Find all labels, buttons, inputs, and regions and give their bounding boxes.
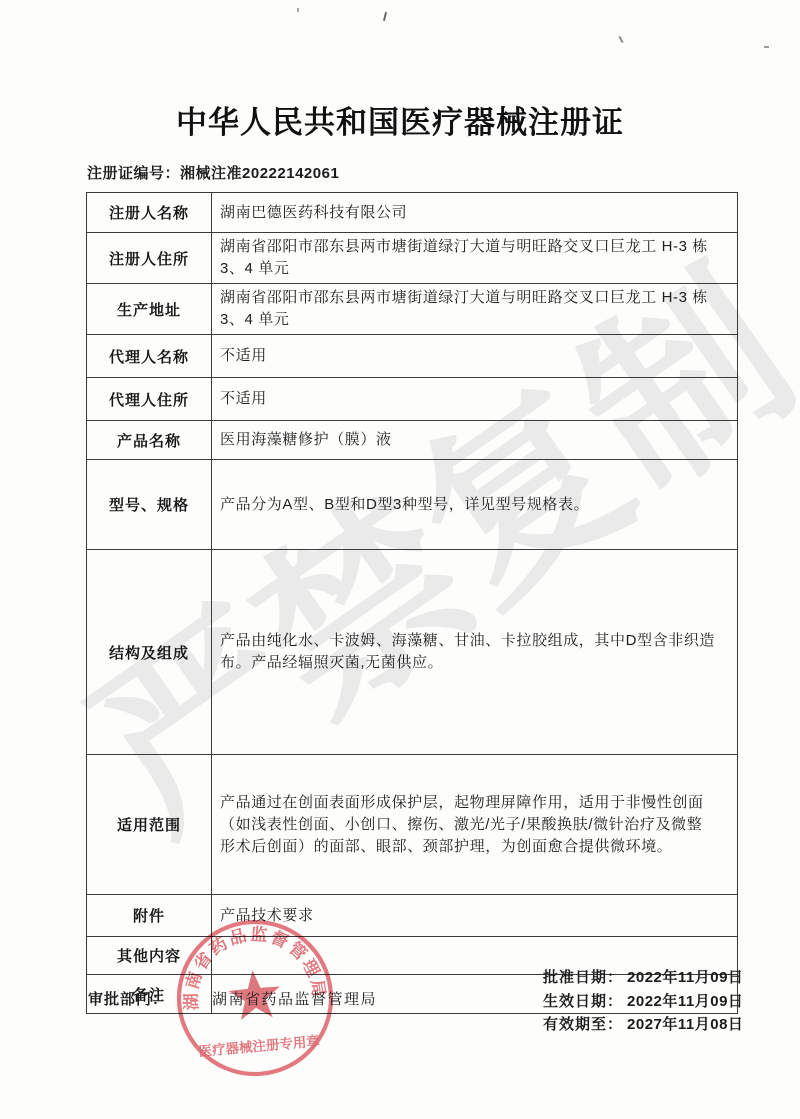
effective-date-value: 2022年11月09日 [627,993,743,1010]
certificate-page: 严禁复制 中华人民共和国医疗器械注册证 注册证编号：湘械注准2022214206… [0,0,800,1119]
approval-department-value: 湖南省药品监督管理局 [212,991,377,1008]
table-row: 代理人住所 不适用 [87,378,738,421]
table-row: 适用范围 产品通过在创面表面形成保护层，起物理屏障作用，适用于非慢性创面 （如浅… [87,755,738,895]
field-value: 医用海藻糖修护（膜）液 [212,421,738,460]
table-row: 结构及组成 产品由纯化水、卡波姆、海藻糖、甘油、卡拉胶组成，其中D型含非织造 布… [87,550,738,755]
field-label: 产品名称 [87,421,212,460]
field-value: 湖南巴德医药科技有限公司 [212,193,738,233]
scan-artifact [297,8,299,12]
field-value: 产品分为A型、B型和D型3种型号，详见型号规格表。 [212,460,738,550]
dates-block: 批准日期：2022年11月09日 生效日期：2022年11月09日 有效期至：2… [543,966,743,1037]
expiry-date-value: 2027年11月08日 [627,1016,743,1033]
field-label: 注册人住所 [87,233,212,284]
approval-date-value: 2022年11月09日 [627,969,743,986]
table-row: 型号、规格 产品分为A型、B型和D型3种型号，详见型号规格表。 [87,460,738,550]
approval-date-label: 批准日期： [543,969,623,986]
field-label: 代理人住所 [87,378,212,421]
table-row: 注册人名称 湖南巴德医药科技有限公司 [87,193,738,233]
field-label: 适用范围 [87,755,212,895]
approval-department-label: 审批部门： [88,988,212,1009]
expiry-date-label: 有效期至： [543,1016,623,1033]
table-row: 生产地址 湖南省邵阳市邵东县两市塘街道绿汀大道与明旺路交叉口巨龙工 H-3 栋 … [87,284,738,335]
table-row: 注册人住所 湖南省邵阳市邵东县两市塘街道绿汀大道与明旺路交叉口巨龙工 H-3 栋… [87,233,738,284]
effective-date-label: 生效日期： [543,993,623,1010]
effective-date-line: 生效日期：2022年11月09日 [543,990,743,1014]
certificate-title: 中华人民共和国医疗器械注册证 [0,97,800,142]
scan-artifact [383,12,387,21]
certificate-table: 注册人名称 湖南巴德医药科技有限公司 注册人住所 湖南省邵阳市邵东县两市塘街道绿… [86,192,738,1014]
field-label: 结构及组成 [87,550,212,755]
certificate-number-label: 注册证编号： [87,165,180,182]
table-row: 产品名称 医用海藻糖修护（膜）液 [87,421,738,460]
field-value: 产品通过在创面表面形成保护层，起物理屏障作用，适用于非慢性创面 （如浅表性创面、… [212,755,738,895]
certificate-number-value: 湘械注准20222142061 [180,165,339,182]
expiry-date-line: 有效期至：2027年11月08日 [543,1013,743,1037]
table-row: 代理人名称 不适用 [87,335,738,378]
field-value: 湖南省邵阳市邵东县两市塘街道绿汀大道与明旺路交叉口巨龙工 H-3 栋 3、4 单… [212,284,738,335]
field-label: 生产地址 [87,284,212,335]
field-value: 不适用 [212,335,738,378]
certificate-number-line: 注册证编号：湘械注准20222142061 [87,162,339,183]
field-value: 湖南省邵阳市邵东县两市塘街道绿汀大道与明旺路交叉口巨龙工 H-3 栋 3、4 单… [212,233,738,284]
approval-date-line: 批准日期：2022年11月09日 [543,966,743,990]
approval-department-line: 审批部门：湖南省药品监督管理局 [88,988,377,1009]
scan-artifact [618,36,623,43]
field-value: 不适用 [212,378,738,421]
scan-artifact [764,46,769,48]
field-label: 型号、规格 [87,460,212,550]
field-value: 产品由纯化水、卡波姆、海藻糖、甘油、卡拉胶组成，其中D型含非织造 布。产品经辐照… [212,550,738,755]
field-label: 注册人名称 [87,193,212,233]
field-label: 代理人名称 [87,335,212,378]
